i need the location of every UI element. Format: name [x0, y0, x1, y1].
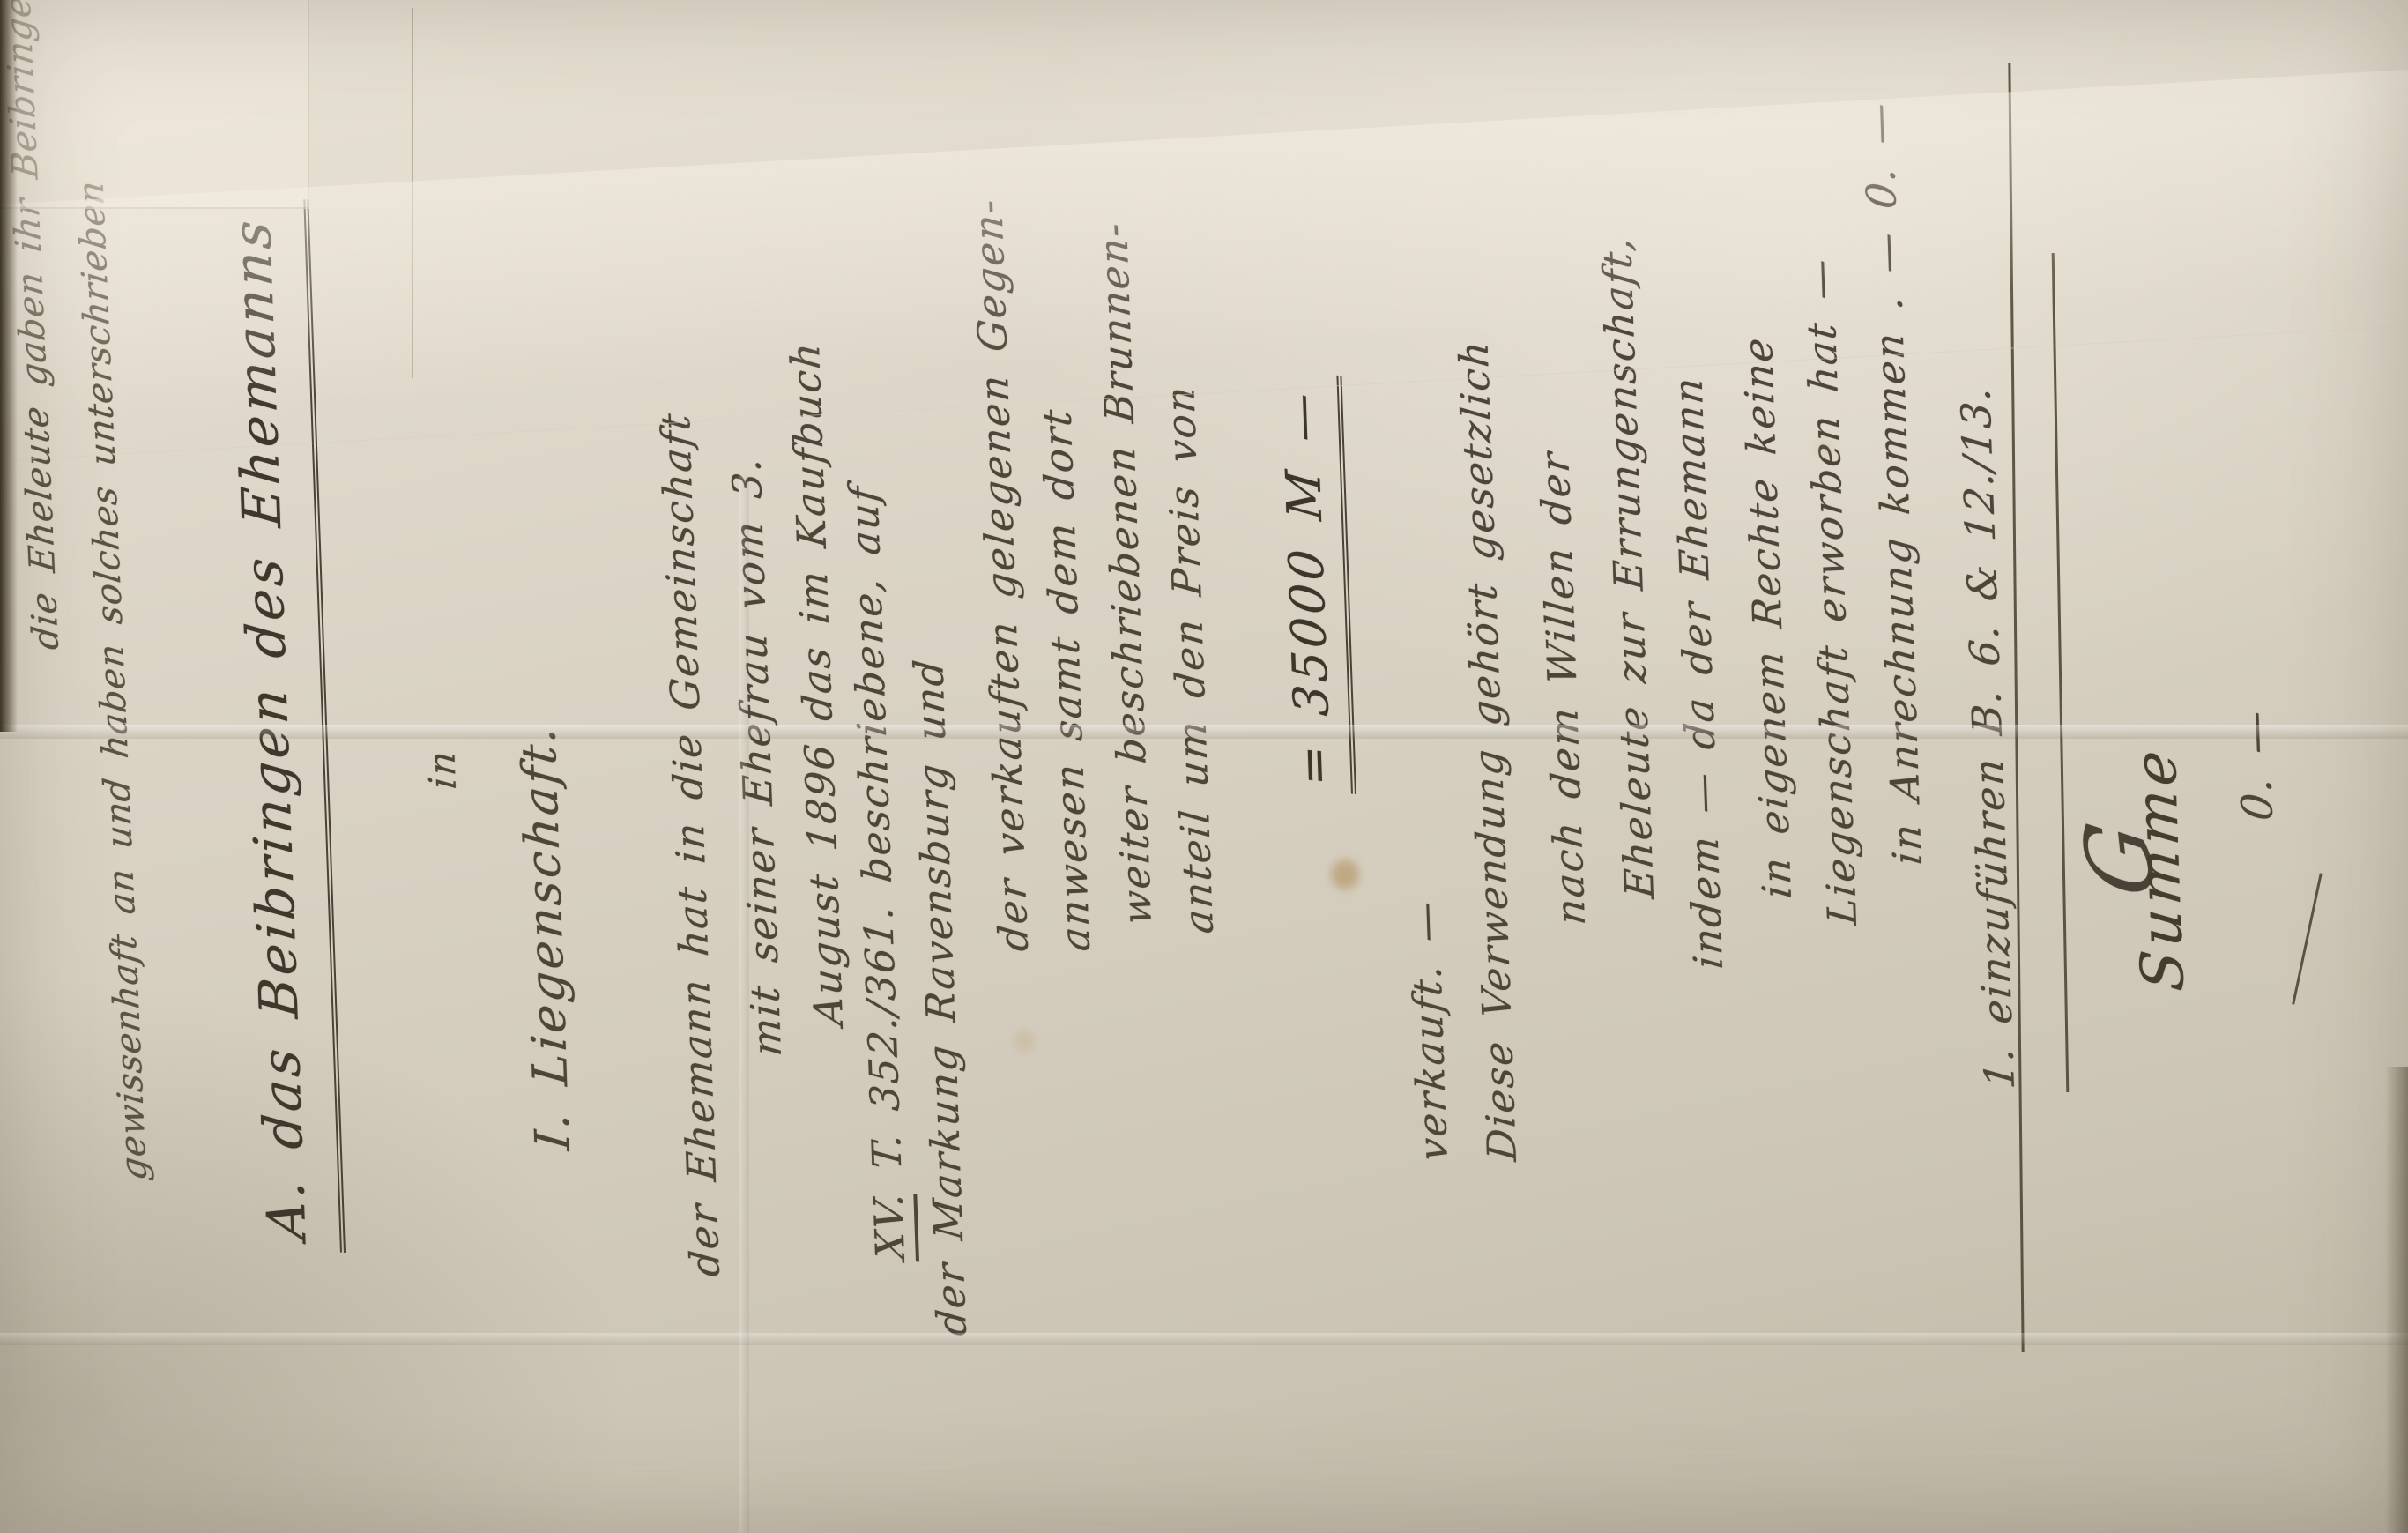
margin-note-line-1: die Eheleute gaben ihr Beibringen: [0, 0, 67, 651]
paragraph1-line: mit seiner Ehefrau vom 3.: [723, 455, 791, 1058]
section-title: I. Liegenschaft.: [510, 722, 581, 1152]
sum-closing-rule: [2292, 873, 2323, 1004]
paragraph2-line: Liegenschaft erworben hat —: [1795, 256, 1866, 926]
paragraph2-line: in eigenem Rechte keine: [1735, 334, 1801, 900]
page-rotated-content: die Eheleute gaben ihr Beibringen gewiss…: [0, 0, 2408, 1533]
margin-note-line-2: gewissenhaft an und haben solches unters…: [71, 178, 155, 1182]
paragraph1-line: August 1896 das im Kaufbuch: [782, 339, 852, 1027]
paragraph1-line: anwesen samt dem dort: [1033, 406, 1099, 953]
paragraph1-reference-line: XV. T. 352./361. beschriebene, auf: [840, 483, 914, 1261]
reference-underline: [2052, 253, 2070, 1092]
bleedthrough-line: [390, 8, 390, 387]
folio-reference: XV.: [865, 1189, 919, 1261]
paragraph2-line: Diese Verwendung gehört gesetzlich: [1450, 338, 1526, 1163]
price-amount: = 35000 M —: [1272, 370, 1356, 794]
folio-reference-rest: T. 352./361. beschriebene, auf: [840, 483, 910, 1171]
bleedthrough-line: [412, 8, 413, 378]
page-title: A. das Beibringen des Ehemanns: [220, 192, 346, 1253]
sum-label: Summe: [2121, 743, 2197, 993]
foxing-stain: [1014, 1030, 1035, 1053]
paragraph2-line: nach dem Willen der: [1531, 449, 1594, 926]
foxing-stain: [1331, 860, 1359, 889]
paragraph1-line: der Ehemann hat in die Gemeinschaft: [652, 410, 729, 1278]
paragraph1-line: der verkauften gelegenen Gegen-: [964, 196, 1037, 953]
paragraph2-line: indem — da der Ehemann: [1664, 375, 1732, 971]
document-photo: die Eheleute gaben ihr Beibringen gewiss…: [0, 0, 2408, 1533]
paragraph1-line: anteil um den Preis von: [1156, 383, 1223, 935]
closing-word: verkauft. —: [1401, 898, 1457, 1163]
paragraph1-line: weiter beschriebenen Brunnen-: [1089, 220, 1161, 926]
paragraph2-line: Eheleute zur Errungenschaft,: [1594, 234, 1663, 900]
paragraph2-line: in Anrechnung kommen . —: [1862, 229, 1931, 867]
column-closing-rule: [2008, 63, 2024, 1352]
foxing-stain: [1816, 438, 1833, 458]
money-column-value: 0. —: [1854, 100, 1906, 211]
heading-preposition: in: [420, 748, 465, 791]
sum-value: 0. —: [2229, 707, 2283, 822]
